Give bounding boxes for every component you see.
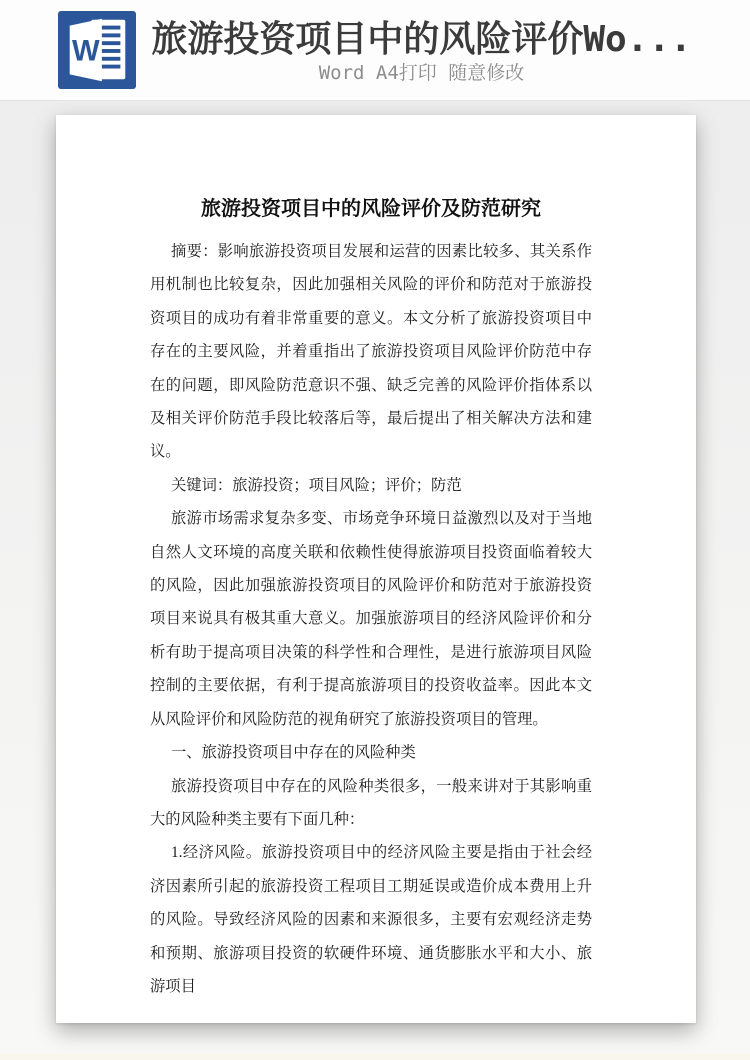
paragraph: 旅游投资项目中存在的风险种类很多，一般来讲对于其影响重大的风险种类主要有下面几种…: [150, 770, 592, 837]
header: W 旅游投资项目中的风险评价Wo... Word A4打印 随意修改: [0, 0, 750, 101]
word-icon: W: [58, 11, 136, 89]
paragraph: 关键词：旅游投资；项目风险；评价；防范: [150, 469, 592, 502]
word-icon-cover: W: [70, 19, 102, 81]
file-meta: Word A4打印 随意修改: [319, 63, 525, 84]
word-icon-letter: W: [72, 36, 100, 68]
document-title: 旅游投资项目中的风险评价及防范研究: [150, 199, 592, 219]
paragraph: 1.经济风险。旅游投资项目中的经济风险主要是指由于社会经济因素所引起的旅游投资工…: [150, 836, 592, 1003]
paragraph: 一、旅游投资项目中存在的风险种类: [150, 736, 592, 769]
document-preview-area: 旅游投资项目中的风险评价及防范研究 摘要：影响旅游投资项目发展和运营的因素比较多…: [0, 115, 750, 1023]
header-text-block: 旅游投资项目中的风险评价Wo... Word A4打印 随意修改: [151, 17, 691, 84]
document-body: 摘要：影响旅游投资项目发展和运营的因素比较多、其关系作用机制也比较复杂，因此加强…: [150, 235, 592, 1003]
file-title: 旅游投资项目中的风险评价Wo...: [151, 17, 691, 62]
bottom-accent-strip: [0, 1054, 750, 1060]
paragraph: 摘要：影响旅游投资项目发展和运营的因素比较多、其关系作用机制也比较复杂，因此加强…: [150, 235, 592, 469]
paragraph: 旅游市场需求复杂多变、市场竞争环境日益激烈以及对于当地自然人文环境的高度关联和依…: [150, 502, 592, 736]
document-page[interactable]: 旅游投资项目中的风险评价及防范研究 摘要：影响旅游投资项目发展和运营的因素比较多…: [56, 115, 696, 1023]
